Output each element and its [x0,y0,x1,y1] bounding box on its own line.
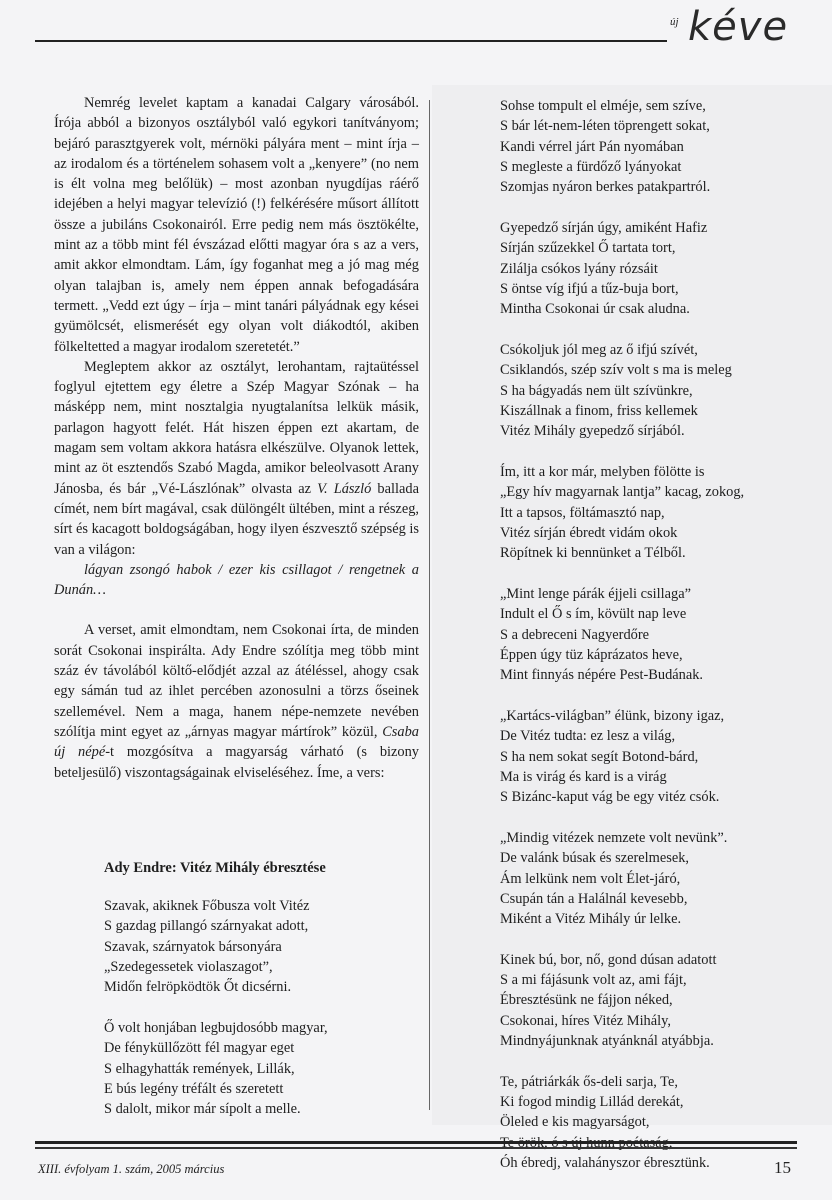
poem-stanza: Ő volt honjában legbujdosóbb magyar,De f… [104,1018,328,1119]
poem-stanza: „Mint lenge párák éjjeli csillaga”Indult… [500,584,744,685]
poem-stanza: „Mindig vitézek nemzete volt nevünk”.De … [500,828,744,929]
poem-line: Öleled e kis magyarságot, [500,1112,744,1132]
page-number: 15 [774,1158,791,1178]
poem-line: Éppen úgy tüz káprázatos heve, [500,645,744,665]
poem-line: Óh ébredj, valahányszor ébresztünk. [500,1153,744,1173]
poem-line: Miként a Vitéz Mihály úr lelke. [500,909,744,929]
poem-line: S a mi fájásunk volt az, ami fájt, [500,970,744,990]
poem-line: De fényküllőzött fél magyar eget [104,1038,328,1058]
poem-line: Mindnyájunknak atyánknál atyábbja. [500,1031,744,1051]
poem-line: Mint finnyás népére Pest-Budának. [500,665,744,685]
poem-title: Ady Endre: Vitéz Mihály ébresztése [104,860,326,877]
poem-line: Indult el Ő s ím, kövült nap leve [500,604,744,624]
poem-line: Ki fogod mindig Lillád derekát, [500,1092,744,1112]
poem-line: De Vitéz tudta: ez lesz a világ, [500,726,744,746]
column-divider [429,100,430,1110]
poem-line: Sírján szűzekkel Ő tartata tort, [500,238,744,258]
article-left-column: Nemrég levelet kaptam a kanadai Calgary … [54,93,419,783]
poem-stanza: Gyepedző sírján úgy, amiként HafizSírján… [500,218,744,319]
poem-line: „Egy hív magyarnak lantja” kacag, zokog, [500,482,744,502]
poem-line: S a debreceni Nagyerdőre [500,625,744,645]
poem-line: Szavak, akiknek Főbusza volt Vitéz [104,896,328,916]
poem-line: Röpítnek ki bennünket a Télből. [500,543,744,563]
poem-line: Csókoljuk jól meg az ő ifjú szívét, [500,340,744,360]
poem-line: Ő volt honjában legbujdosóbb magyar, [104,1018,328,1038]
poem-line: Itt a tapsos, föltámasztó nap, [500,503,744,523]
logo-prefix: új [670,16,679,28]
poem-line: „Mint lenge párák éjjeli csillaga” [500,584,744,604]
poem-line: Ím, itt a kor már, melyben fölötte is [500,462,744,482]
logo-title: kéve [688,4,788,50]
ballad-title: V. László [317,481,371,497]
issue-info: XIII. évfolyam 1. szám, 2005 március [38,1162,224,1177]
poem-line: S dalolt, mikor már sípolt a melle. [104,1099,328,1119]
paragraph-2: Megleptem akkor az osztályt, lerohantam,… [54,357,419,560]
poem-stanza: Szavak, akiknek Főbusza volt VitézS gazd… [104,896,328,997]
poem-line: Csupán tán a Halálnál kevesebb, [500,889,744,909]
header-rule [35,40,667,42]
poem-line: Vitéz Mihály gyepedző sírjából. [500,421,744,441]
poem-line: E bús legény tréfált és szeretett [104,1079,328,1099]
poem-line: Ébresztésünk ne fájjon néked, [500,990,744,1010]
poem-line: „Kartács-világban” élünk, bizony igaz, [500,706,744,726]
poem-line: S Bizánc-kaput vág be egy vitéz csók. [500,787,744,807]
poem-line: Ám lelkünk nem volt Élet-járó, [500,869,744,889]
poem-line: Vitéz sírján ébredt vidám okok [500,523,744,543]
poem-stanza: „Kartács-világban” élünk, bizony igaz,De… [500,706,744,807]
poem-line: „Mindig vitézek nemzete volt nevünk”. [500,828,744,848]
poem-stanza: Te, pátriárkák ős-deli sarja, Te,Ki fogo… [500,1072,744,1173]
paragraph-1: Nemrég levelet kaptam a kanadai Calgary … [54,93,419,357]
poem-line: Szomjas nyáron berkes patakpartról. [500,177,744,197]
poem-line: „Szedegessetek violaszagot”, [104,957,328,977]
poem-line: Csokonai, híres Vitéz Mihály, [500,1011,744,1031]
poem-line: Kiszállnak a finom, friss kellemek [500,401,744,421]
poem-line: S ha bágyadás nem ült szívünkre, [500,381,744,401]
magazine-logo: új kéve [668,10,818,60]
quoted-verse: lágyan zsongó habok / ezer kis csillagot… [54,560,419,601]
poem-line: Zilálja csókos lyány rózsáit [500,259,744,279]
poem-stanza: Kinek bú, bor, nő, gond dúsan adatottS a… [500,950,744,1051]
poem-line: De valánk búsak és szerelmesek, [500,848,744,868]
poem-left-column: Szavak, akiknek Főbusza volt VitézS gazd… [104,896,328,1140]
poem-line: Szavak, szárnyatok bársonyára [104,937,328,957]
poem-right-column: Sohse tompult el elméje, sem szíve,S bár… [500,96,744,1194]
footer-rule [35,1141,797,1144]
poem-line: S ha nem sokat segít Botond-bárd, [500,747,744,767]
poem-line: Te, pátriárkák ős-deli sarja, Te, [500,1072,744,1092]
poem-line: Kinek bú, bor, nő, gond dúsan adatott [500,950,744,970]
poem-line: S öntse víg ifjú a tűz-buja bort, [500,279,744,299]
poem-line: Kandi vérrel járt Pán nyomában [500,137,744,157]
poem-stanza: Ím, itt a kor már, melyben fölötte is„Eg… [500,462,744,563]
paragraph-3: A verset, amit elmondtam, nem Csokonai í… [54,620,419,782]
poem-line: Mintha Csokonai úr csak aludna. [500,299,744,319]
poem-line: Csiklandós, szép szív volt s ma is meleg [500,360,744,380]
poem-stanza: Csókoljuk jól meg az ő ifjú szívét,Csikl… [500,340,744,441]
poem-line: Ma is virág és kard is a virág [500,767,744,787]
poem-line: S gazdag pillangó szárnyakat adott, [104,916,328,936]
poem-line: S megleste a fürdőző lyányokat [500,157,744,177]
poem-line: S elhagyhatták remények, Lillák, [104,1059,328,1079]
poem-stanza: Sohse tompult el elméje, sem szíve,S bár… [500,96,744,197]
footer-rule-thin [35,1147,797,1149]
poem-line: S bár lét-nem-léten töprengett sokat, [500,116,744,136]
poem-line: Gyepedző sírján úgy, amiként Hafiz [500,218,744,238]
poem-line: Sohse tompult el elméje, sem szíve, [500,96,744,116]
poem-line: Midőn felröpködtök Őt dicsérni. [104,977,328,997]
